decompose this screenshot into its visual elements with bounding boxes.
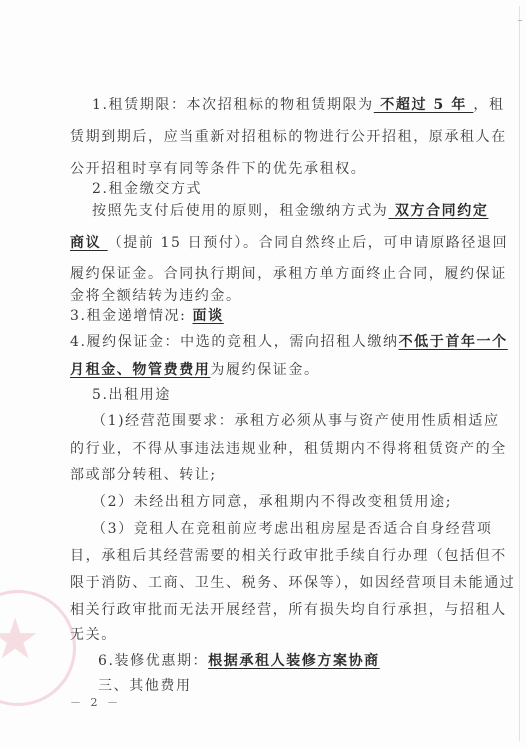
rent-payment-heading: 2.租金缴交方式: [92, 180, 202, 198]
payment-method-value: 双方合同约定: [388, 203, 488, 219]
rent-payment-line-1: 按照先支付后使用的原则，租金缴纳方式为 双方合同约定: [92, 202, 488, 220]
rental-use-line-5: （3）竞租人在竞租前应考虑出租房屋是否适合自身经营项: [92, 520, 493, 538]
page-number: － 2 －: [70, 694, 121, 710]
rental-use-line-8: 相关行政审批而无法开展经营，所有损失均自行承担，与招租人: [70, 601, 507, 619]
lease-term-line-3: 公开招租时享有同等条件下的优先承租权。: [70, 160, 366, 178]
lease-term-line-1: 1.租赁期限：本次招租标的物租赁期限为 不超过 5 年 ，租: [92, 96, 505, 114]
lease-term-line-2: 赁期到期后，应当重新对招租标的物进行公开招租，原承租人在: [70, 128, 507, 146]
seal-star-icon: ★: [0, 610, 50, 670]
lease-term-value: 不超过 5 年: [374, 97, 474, 113]
page-edge-mark: [518, 20, 522, 21]
deposit-value-cont: 月租金、物管费费用: [70, 362, 210, 378]
rental-use-line-4: （2）未经出租方同意，承租期内不得改变租赁用途;: [92, 493, 452, 511]
rent-payment-line-4: 金将全额结转为违约金。: [70, 287, 242, 305]
renovation-period-value: 根据承租人装修方案协商: [208, 653, 380, 669]
rental-use-line-7: 限于消防、工商、卫生、税务、环保等），如因经营项目未能通过: [70, 574, 515, 592]
other-fees-heading: 三、其他费用: [98, 677, 192, 695]
rent-increase-value: 面谈: [193, 308, 224, 324]
rental-use-line-9: 无关。: [70, 626, 117, 644]
rent-payment-line-3: 履约保证金。合同执行期间，承租方单方面终止合同，履约保证: [70, 265, 507, 283]
deposit-value: 不低于首年一个: [399, 334, 508, 350]
rental-use-line-1: （1)经营范围要求：承租方必须从事与资产使用性质相适应: [92, 412, 500, 430]
rental-use-heading: 5.出租用途: [92, 386, 171, 404]
rental-use-line-6: 目，承租后其经营需要的相关行政审批手续自行办理（包括但不: [70, 547, 507, 565]
rent-increase-line: 3.租金递增情况: 面谈: [70, 307, 224, 325]
rental-use-line-2: 的行业，不得从事违法违规业种，租赁期内不得将租赁资产的全: [70, 440, 507, 458]
renovation-period-line: 6.装修优惠期：根据承租人装修方案协商: [98, 652, 380, 670]
rent-payment-line-2: 商议 （提前 15 日预付）。合同自然终止后，可申请原路径退回: [70, 234, 508, 252]
payment-method-value-cont: 商议: [70, 235, 108, 251]
rental-use-line-3: 部或部分转租、转让;: [70, 466, 217, 484]
page-edge: [519, 6, 520, 741]
deposit-line-1: 4.履约保证金：中选的竞租人，需向招租人缴纳不低于首年一个: [70, 333, 508, 351]
deposit-line-2: 月租金、物管费费用为履约保证金。: [70, 361, 320, 379]
